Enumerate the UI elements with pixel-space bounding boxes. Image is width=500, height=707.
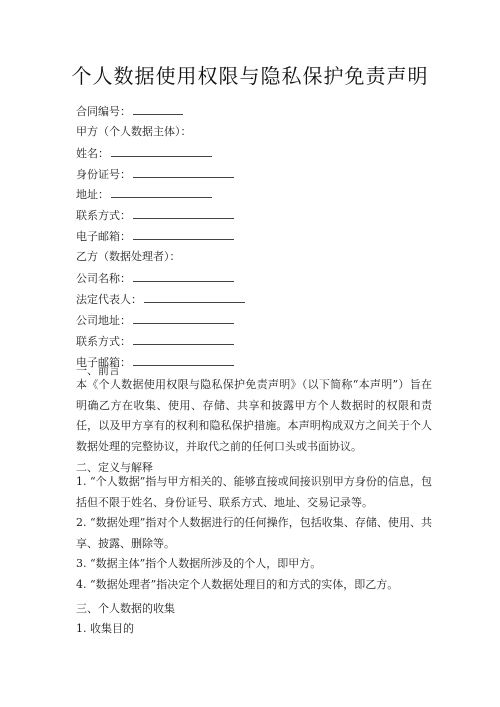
field-label: 公司名称： (76, 272, 131, 285)
definition-item-2: 2. “数据处理”指对个人数据进行的任何操作，包括收集、存储、使用、共享、披露、… (76, 513, 432, 554)
field-label: 甲方（个人数据主体）： (76, 125, 192, 138)
field-contract-number: 合同编号： (76, 104, 183, 119)
field-label: 公司地址： (76, 314, 131, 327)
field-company-address: 公司地址： (76, 313, 234, 328)
field-label: 联系方式： (76, 335, 131, 348)
party-a-heading: 甲方（个人数据主体）： (76, 125, 192, 139)
document-title: 个人数据使用权限与隐私保护免责声明 (0, 60, 500, 89)
field-address: 地址： (76, 187, 212, 202)
document-page: 个人数据使用权限与隐私保护免责声明 合同编号： 甲方（个人数据主体）： 姓名： … (0, 0, 500, 707)
field-legal-rep: 法定代表人： (76, 292, 245, 307)
definition-item-4: 4. “数据处理者”指决定个人数据处理目的和方式的实体，即乙方。 (76, 575, 432, 596)
field-label: 法定代表人： (76, 293, 142, 306)
field-label: 电子邮箱： (76, 230, 131, 243)
blank-line[interactable] (133, 334, 234, 345)
field-label: 姓名： (76, 147, 109, 160)
blank-line[interactable] (144, 292, 245, 303)
field-id-number: 身份证号： (76, 167, 234, 182)
blank-line[interactable] (111, 146, 212, 157)
field-label: 乙方（数据处理者）： (76, 250, 181, 263)
field-contact-a: 联系方式： (76, 208, 234, 223)
preface-paragraph: 本《个人数据使用权限与隐私保护免责声明》（以下简称“本声明”）旨在明确乙方在收集… (76, 375, 432, 457)
field-email-a: 电子邮箱： (76, 229, 234, 244)
definition-item-3: 3. “数据主体”指个人数据所涉及的个人，即甲方。 (76, 554, 432, 575)
field-label: 身份证号： (76, 168, 131, 181)
blank-line[interactable] (133, 208, 234, 219)
field-name: 姓名： (76, 146, 212, 161)
field-contact-b: 联系方式： (76, 334, 234, 349)
blank-line[interactable] (133, 104, 183, 115)
field-company-name: 公司名称： (76, 271, 234, 286)
blank-line[interactable] (111, 187, 212, 198)
collection-item-1: 1. 收集目的 (76, 622, 134, 636)
blank-line[interactable] (133, 167, 234, 178)
definition-item-1: 1. “个人数据”指与甲方相关的、能够直接或间接识别甲方身份的信息，包括但不限于… (76, 472, 432, 513)
blank-line[interactable] (133, 313, 234, 324)
blank-line[interactable] (133, 355, 234, 366)
party-b-heading: 乙方（数据处理者）： (76, 250, 181, 264)
field-label: 地址： (76, 188, 109, 201)
blank-line[interactable] (133, 271, 234, 282)
section-heading-collection: 三、个人数据的收集 (76, 602, 175, 616)
blank-line[interactable] (133, 229, 234, 240)
field-label: 合同编号： (76, 105, 131, 118)
field-label: 联系方式： (76, 209, 131, 222)
